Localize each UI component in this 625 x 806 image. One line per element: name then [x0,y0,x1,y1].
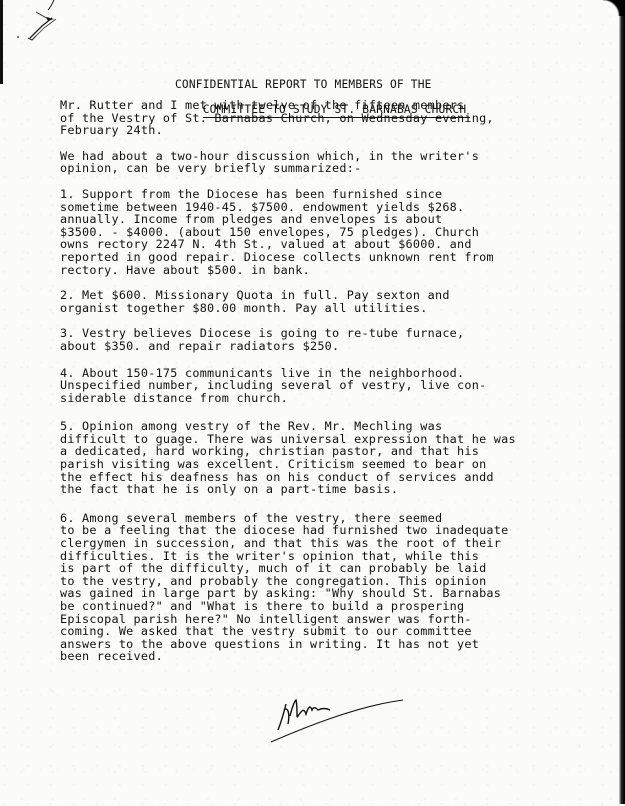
paragraph-item-6: 6. Among several members of the vestry, … [60,512,590,663]
scan-corner-top-right [603,0,625,16]
paragraph-item-5: 5. Opinion among vestry of the Rev. Mr. … [60,420,590,496]
pen-mark-icon [14,0,59,42]
scan-edge-right [619,4,625,804]
paragraph-item-2: 2. Met $600. Missionary Quota in full. P… [60,289,590,314]
signature [268,680,408,750]
paragraph-item-1: 1. Support from the Diocese has been fur… [60,188,590,276]
paragraph-item-4: 4. About 150-175 communicants live in th… [60,367,590,405]
document-page: CONFIDENTIAL REPORT TO MEMBERS OF THE CO… [0,0,625,806]
scan-edge-left [0,0,3,84]
paragraph-item-3: 3. Vestry believes Diocese is going to r… [60,327,590,352]
paragraph-summary-intro: We had about a two-hour discussion which… [60,150,590,175]
title-line-1: CONFIDENTIAL REPORT TO MEMBERS OF THE [175,79,470,92]
report-body: Mr. Rutter and I met with twelve of the … [60,99,590,676]
paragraph-intro: Mr. Rutter and I met with twelve of the … [60,99,590,137]
